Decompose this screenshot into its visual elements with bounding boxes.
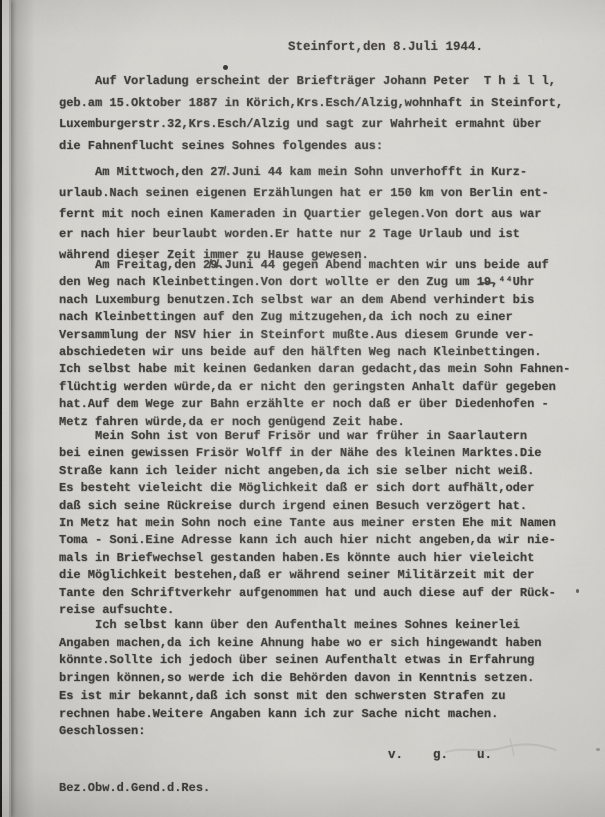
document-line: Toma - Soni.Eine Adresse kann ich auch h… [59,532,589,549]
paragraph-friday-departure: Am Freitag,den 2̸9̶̸.Juni 44 gegen Abend… [59,257,589,431]
document-line: Auf Vorladung erscheint der Briefträger … [59,71,589,93]
initial-u: u. [477,748,492,762]
ink-speck [223,65,228,70]
document-line: abschiedeten wir uns beide auf den hälft… [59,344,589,361]
document-line: daß sich seine Rückreise durch irgend ei… [59,498,589,515]
document-line: Luxemburgerstr.32,Krs.Esch/Alzig und sag… [59,114,589,136]
document-line: Geschlossen: [59,723,589,741]
document-line: fernt mit noch einen Kameraden in Quarti… [59,204,589,225]
document-line: urlaub.Nach seinen eigenen Erzählungen h… [59,183,589,204]
document-line: Ich selbst kann über den Aufenthalt mein… [59,617,589,635]
document-line: nach Luxemburg benutzen.Ich selbst war a… [59,292,589,309]
document-line: Ich selbst habe mit keinen Gedanken dara… [59,361,589,378]
pencil-squiggle [92,744,182,766]
document-line: rechnen habe.Weitere Angaben kann ich zu… [59,706,589,724]
document-line: Es ist mir bekannt,daß ich sonst mit den… [59,688,589,706]
document-line: mals in Briefwechsel gestanden haben.Es … [59,550,589,567]
scan-edge-fade [9,0,35,817]
document-line: geb.am 15.Oktober 1887 in Körich,Krs.Esc… [59,93,589,115]
document-line: Am Freitag,den 2̸9̶̸.Juni 44 gegen Abend… [59,257,589,274]
document-line: bei einen gewissen Frisör Wolff in der N… [59,445,589,462]
document-line: Am Mittwoch,den 27̸.Juni 44 kam mein Soh… [59,162,589,183]
document-line: In Metz hat mein Sohn noch eine Tante au… [59,515,589,532]
ink-speck [596,748,600,751]
document-line: bringen können,so werde ich die Behörden… [59,670,589,688]
paragraph-wednesday-leave: Am Mittwoch,den 27̸.Juni 44 kam mein Soh… [59,162,589,266]
dateline: Steinfort,den 8.Juli 1944. [288,40,483,54]
document-line: Versammlung der NSV hier in Steinfort mu… [59,327,589,344]
scan-left-edge-shadow [0,0,11,817]
document-line: Mein Sohn ist von Beruf Frisör und war f… [59,428,589,445]
paragraph-closing-statement: Ich selbst kann über den Aufenthalt mein… [59,617,589,741]
document-line: er nach hier beurlaubt worden.Er hatte n… [59,224,589,245]
signer-title: Bez.Obw.d.Gend.d.Res. [59,781,210,795]
initial-g: g. [433,748,448,762]
document-line: Angaben machen,da ich keine Ahnung habe … [59,635,589,653]
document-line: hat.Auf dem Wege zur Bahn erzählte er no… [59,396,589,413]
document-line: flüchtig werden würde,da er nicht den ge… [59,379,589,396]
document-line: die Möglichkeit bestehen,daß er während … [59,567,589,584]
paragraph-summons-intro: Auf Vorladung erscheint der Briefträger … [59,71,589,157]
ink-speck [576,589,579,593]
initial-v: v. [388,748,403,762]
document-line: Straße kann ich leider nicht angeben,da … [59,463,589,480]
document-line: den Weg nach Kleinbettingen.Von dort wol… [59,274,589,291]
document-line: nach Kleinbettingen auf den Zug mitzugeh… [59,309,589,326]
scanned-document-page: Steinfort,den 8.Juli 1944. Auf Vorladung… [0,0,605,817]
document-line: Tante den Schriftverkehr aufgenommen hat… [59,585,589,602]
document-line: Es besteht vieleicht die Möglichkeit daß… [59,480,589,497]
document-line: die Fahnenflucht seines Sohnes folgendes… [59,136,589,158]
paragraph-possible-whereabouts: Mein Sohn ist von Beruf Frisör und war f… [59,428,589,619]
document-line: könnte.Sollte ich jedoch über seinen Auf… [59,652,589,670]
